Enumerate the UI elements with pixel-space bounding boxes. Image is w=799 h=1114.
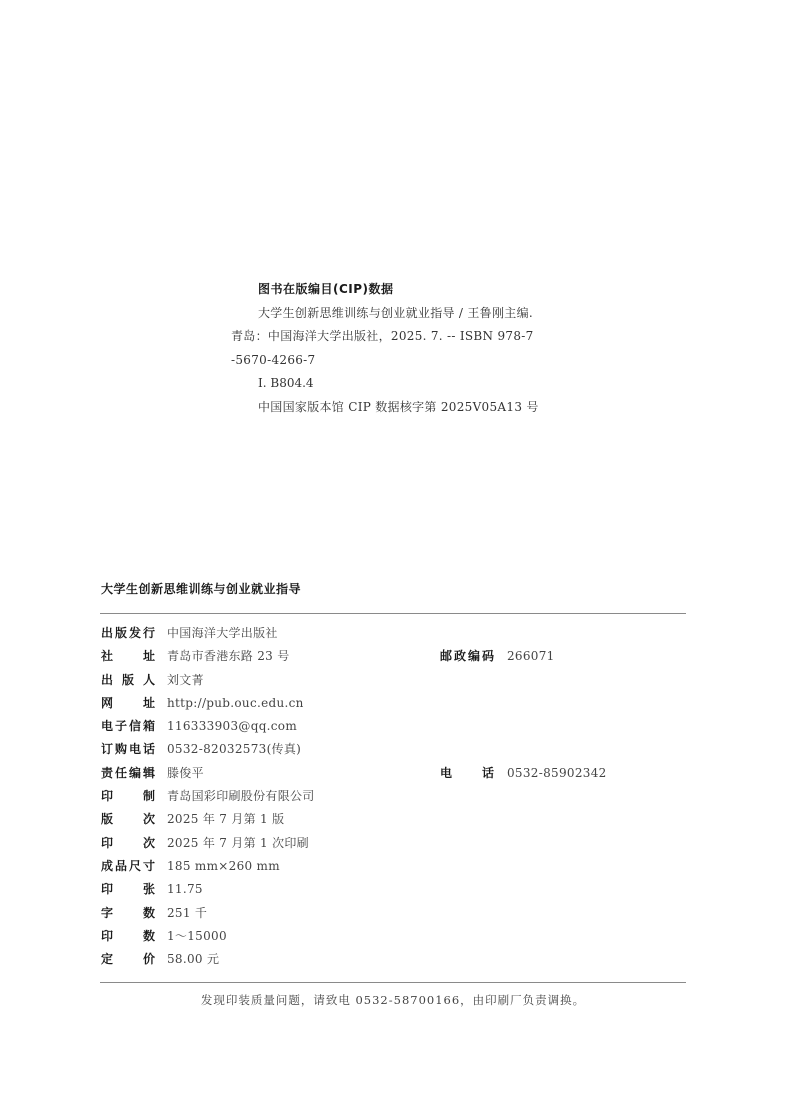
label-char: 址 — [143, 645, 155, 668]
label-char: 印 — [101, 925, 113, 948]
info-row: 网址http://pub.ouc.edu.cn — [101, 692, 687, 715]
label-char: 电 — [101, 715, 113, 738]
label-char: 邮 — [440, 645, 452, 668]
label-char: 社 — [101, 645, 113, 668]
label-char: 订 — [101, 738, 113, 761]
cip-title: 图书在版编目(CIP)数据 — [231, 278, 561, 302]
info-label: 责任编辑 — [101, 762, 155, 785]
label-char: 价 — [143, 948, 155, 971]
info-value: 2025 年 7 月第 1 版 — [167, 808, 284, 831]
label-char: 责 — [101, 762, 113, 785]
info-row: 电子信箱116333903@qq.com — [101, 715, 687, 738]
label-char: 版 — [101, 808, 113, 831]
info-label-secondary: 邮政编码 — [440, 645, 494, 668]
label-char: 成 — [101, 855, 113, 878]
label-char: 发 — [129, 622, 141, 645]
info-row: 订购电话0532-82032573(传真) — [101, 738, 687, 761]
info-row: 印次2025 年 7 月第 1 次印刷 — [101, 832, 687, 855]
info-value-secondary: 266071 — [507, 645, 555, 668]
label-char: 电 — [440, 762, 452, 785]
info-label: 社址 — [101, 645, 155, 668]
info-row: 定价58.00 元 — [101, 948, 687, 971]
info-label: 电子信箱 — [101, 715, 155, 738]
info-row: 印制青岛国彩印刷股份有限公司 — [101, 785, 687, 808]
label-char: 出 — [101, 622, 113, 645]
info-row: 印数1～15000 — [101, 925, 687, 948]
info-label: 印张 — [101, 878, 155, 901]
label-char: 次 — [143, 808, 155, 831]
label-char: 字 — [101, 902, 113, 925]
info-label: 字数 — [101, 902, 155, 925]
info-label: 定价 — [101, 948, 155, 971]
label-char: 行 — [143, 622, 155, 645]
info-label: 版次 — [101, 808, 155, 831]
info-label: 成品尺寸 — [101, 855, 155, 878]
label-char: 制 — [143, 785, 155, 808]
info-value: 58.00 元 — [167, 948, 219, 971]
label-char: 版 — [122, 669, 134, 692]
info-row: 印张11.75 — [101, 878, 687, 901]
info-value: 116333903@qq.com — [167, 715, 297, 738]
label-char: 码 — [482, 645, 494, 668]
info-value: 1～15000 — [167, 925, 227, 948]
label-char: 网 — [101, 692, 113, 715]
quality-notice: 发现印装质量问题，请致电 0532-58700166，由印刷厂负责调换。 — [100, 992, 686, 1008]
info-value: 0532-82032573(传真) — [167, 738, 301, 761]
cip-line-classification: Ⅰ. B804.4 — [231, 372, 561, 396]
label-char: 数 — [143, 902, 155, 925]
cip-line-isbn: -5670-4266-7 — [231, 349, 561, 373]
info-row: 版次2025 年 7 月第 1 版 — [101, 808, 687, 831]
label-char: 尺 — [129, 855, 141, 878]
info-value: 青岛国彩印刷股份有限公司 — [167, 785, 315, 808]
cip-line-publisher: 青岛：中国海洋大学出版社，2025. 7. -- ISBN 978-7 — [231, 325, 561, 349]
info-label-secondary: 电话 — [440, 762, 494, 785]
info-row: 成品尺寸185 mm×260 mm — [101, 855, 687, 878]
publication-info-table: 出版发行中国海洋大学出版社社址青岛市香港东路 23 号邮政编码266071出版人… — [101, 622, 687, 971]
info-row: 责任编辑滕俊平电话0532-85902342 — [101, 762, 687, 785]
label-char: 张 — [143, 878, 155, 901]
label-char: 址 — [143, 692, 155, 715]
info-label: 印次 — [101, 832, 155, 855]
label-char: 辑 — [143, 762, 155, 785]
cip-line-record-number: 中国国家版本馆 CIP 数据核字第 2025V05A13 号 — [231, 396, 561, 420]
info-label: 出版发行 — [101, 622, 155, 645]
label-char: 人 — [143, 669, 155, 692]
label-char: 寸 — [143, 855, 155, 878]
info-label: 印数 — [101, 925, 155, 948]
label-char: 电 — [129, 738, 141, 761]
label-char: 版 — [115, 622, 127, 645]
info-value: 251 千 — [167, 902, 207, 925]
divider-bottom — [100, 982, 686, 983]
label-char: 品 — [115, 855, 127, 878]
info-value: 中国海洋大学出版社 — [167, 622, 278, 645]
info-row: 字数251 千 — [101, 902, 687, 925]
info-row: 社址青岛市香港东路 23 号邮政编码266071 — [101, 645, 687, 668]
label-char: 定 — [101, 948, 113, 971]
label-char: 话 — [482, 762, 494, 785]
label-char: 箱 — [143, 715, 155, 738]
cip-block: 图书在版编目(CIP)数据 大学生创新思维训练与创业就业指导 / 王鲁刚主编. … — [231, 278, 561, 419]
info-label: 出版人 — [101, 669, 155, 692]
label-char: 印 — [101, 832, 113, 855]
info-value: 11.75 — [167, 878, 203, 901]
info-value: 185 mm×260 mm — [167, 855, 280, 878]
label-char: 印 — [101, 785, 113, 808]
label-char: 任 — [115, 762, 127, 785]
label-char: 编 — [129, 762, 141, 785]
info-value: 滕俊平 — [167, 762, 204, 785]
label-char: 政 — [454, 645, 466, 668]
label-char: 话 — [143, 738, 155, 761]
info-row: 出版发行中国海洋大学出版社 — [101, 622, 687, 645]
label-char: 购 — [115, 738, 127, 761]
info-value: http://pub.ouc.edu.cn — [167, 692, 304, 715]
book-title: 大学生创新思维训练与创业就业指导 — [101, 580, 301, 597]
label-char: 子 — [115, 715, 127, 738]
label-char: 信 — [129, 715, 141, 738]
info-label: 订购电话 — [101, 738, 155, 761]
divider-top — [100, 613, 686, 614]
info-value-secondary: 0532-85902342 — [507, 762, 607, 785]
cip-line-title-author: 大学生创新思维训练与创业就业指导 / 王鲁刚主编. — [231, 302, 561, 326]
info-value: 青岛市香港东路 23 号 — [167, 645, 290, 668]
label-char: 出 — [101, 669, 113, 692]
label-char: 编 — [468, 645, 480, 668]
info-label: 网址 — [101, 692, 155, 715]
info-value: 2025 年 7 月第 1 次印刷 — [167, 832, 309, 855]
label-char: 印 — [101, 878, 113, 901]
label-char: 数 — [143, 925, 155, 948]
info-label: 印制 — [101, 785, 155, 808]
label-char: 次 — [143, 832, 155, 855]
info-row: 出版人刘文菁 — [101, 669, 687, 692]
info-value: 刘文菁 — [167, 669, 204, 692]
